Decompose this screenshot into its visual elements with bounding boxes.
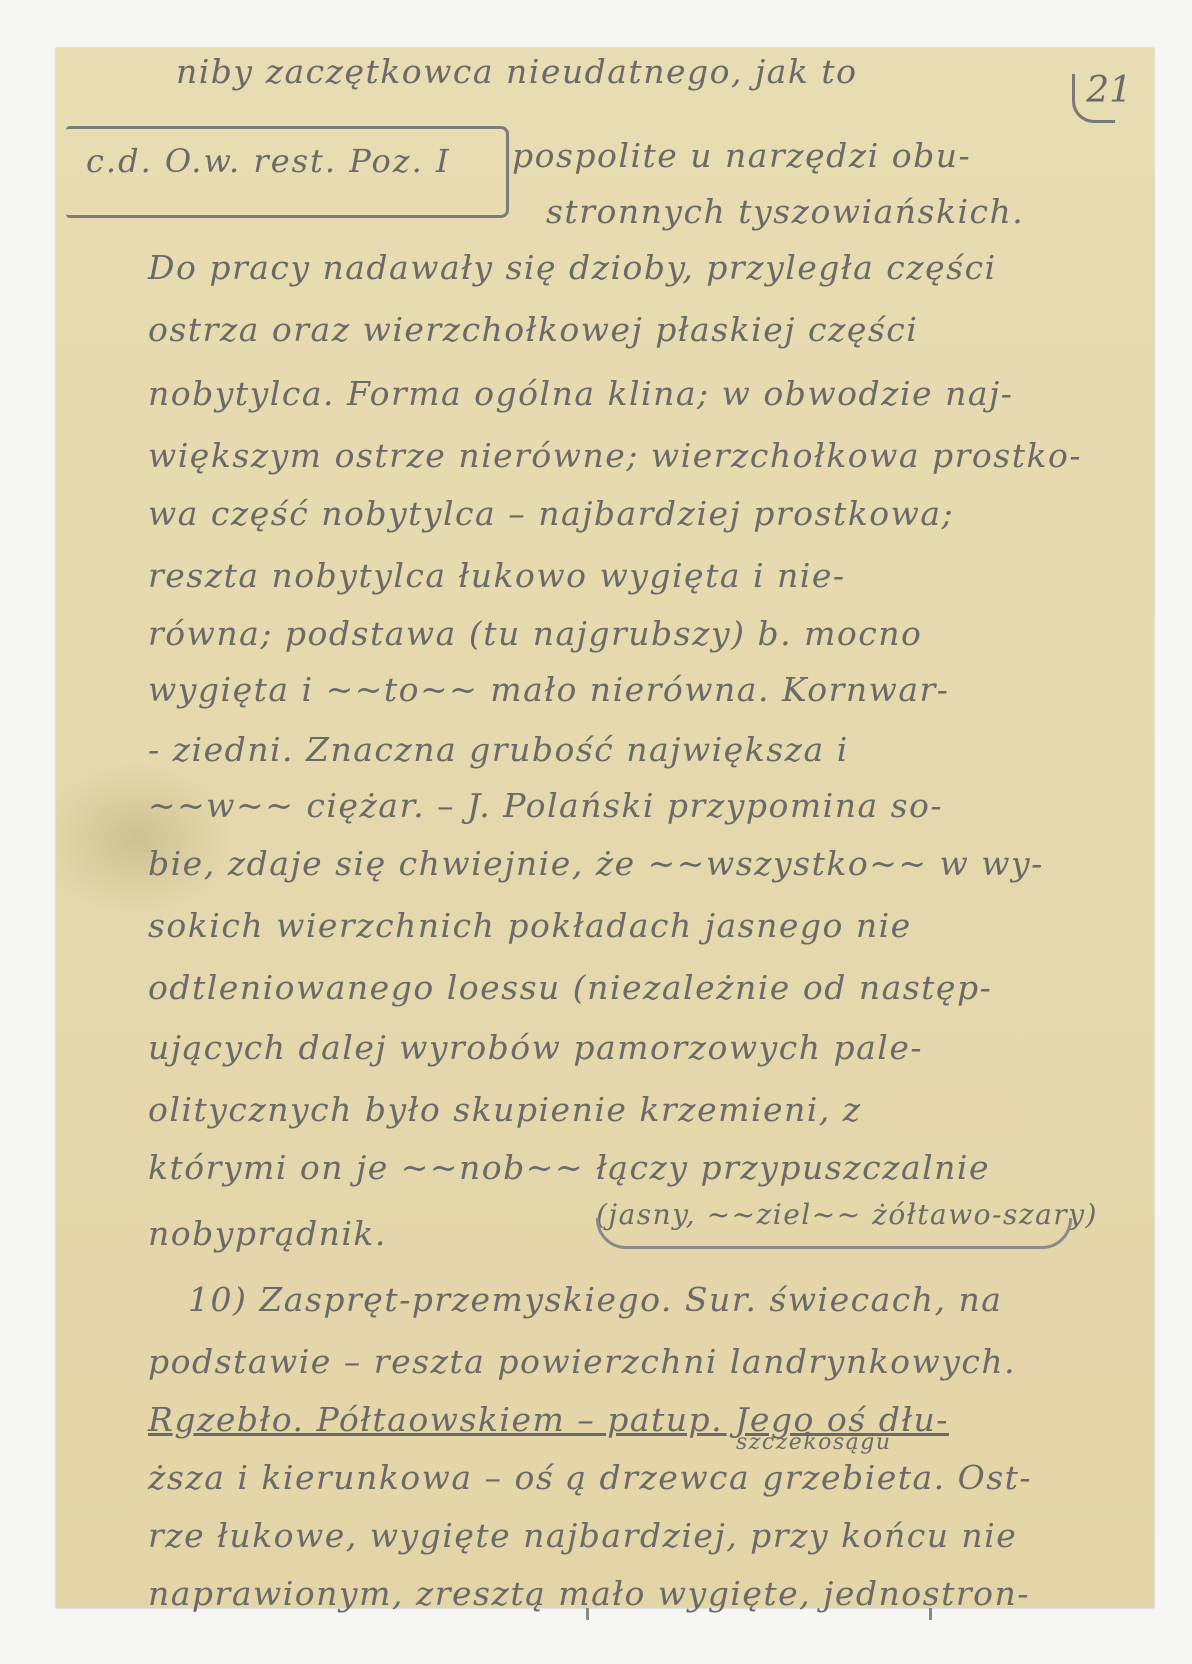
- annotation-bracket: [596, 1218, 1072, 1249]
- handwritten-line: wa część nobytylca – najbardziej prostko…: [148, 494, 954, 533]
- page-number: 21: [1086, 70, 1132, 111]
- margin-reference: c.d. O.w. rest. Poz. I: [86, 142, 451, 180]
- handwritten-line: odtleniowanego loessu (niezależnie od na…: [148, 968, 992, 1007]
- handwritten-line: ższa i kierunkowa – oś ą drzewca grzebie…: [148, 1458, 1032, 1497]
- handwritten-line: sokich wierzchnich pokładach jasnego nie: [148, 906, 912, 945]
- handwritten-line: niby zaczętkowca nieudatnego, jak to: [176, 52, 857, 91]
- manuscript-page: 21 c.d. O.w. rest. Poz. I niby zaczętkow…: [56, 48, 1154, 1608]
- handwritten-line: bie, zdaje się chwiejnie, że ~~wszystko~…: [148, 844, 1044, 883]
- handwritten-line: ostrza oraz wierzchołkowej płaskiej częś…: [148, 310, 918, 349]
- annotation-bracket: [586, 1608, 932, 1620]
- handwritten-line: Do pracy nadawały się dzioby, przyległa …: [148, 248, 997, 287]
- handwritten-line: reszta nobytylca łukowo wygięta i nie-: [148, 556, 846, 595]
- handwritten-line: nobytylca. Forma ogólna klina; w obwodzi…: [148, 374, 1013, 413]
- handwritten-line: olitycznych było skupienie krzemieni, z: [148, 1090, 862, 1129]
- handwritten-line: pospolite u narzędzi obu-: [512, 136, 971, 175]
- handwritten-line: podstawie – reszta powierzchni landrynko…: [148, 1342, 1016, 1381]
- handwritten-line: równa; podstawa (tu najgrubszy) b. mocno: [148, 614, 922, 653]
- handwritten-line: wygięta i ~~to~~ mało nierówna. Kornwar-: [148, 670, 949, 709]
- handwritten-line: stronnych tyszowiańskich.: [546, 192, 1024, 231]
- handwritten-line: większym ostrze nierówne; wierzchołkowa …: [148, 436, 1082, 475]
- handwritten-line: ujących dalej wyrobów pamorzowych pale-: [148, 1028, 923, 1067]
- handwritten-line: 10) Zaspręt-przemyskiego. Sur. świecach,…: [188, 1280, 1002, 1319]
- handwritten-line: - ziedni. Znaczna grubość największa i: [148, 730, 849, 769]
- handwritten-line: rze łukowe, wygięte najbardziej, przy ko…: [148, 1516, 1017, 1555]
- handwritten-line: nobyprądnik.: [148, 1214, 387, 1253]
- handwritten-line: którymi on je ~~nob~~ łączy przypuszczal…: [148, 1148, 990, 1187]
- handwritten-line: ~~w~~ ciężar. – J. Polański przypomina s…: [148, 786, 943, 825]
- annotation-superscript: szczekosągu: [736, 1430, 892, 1455]
